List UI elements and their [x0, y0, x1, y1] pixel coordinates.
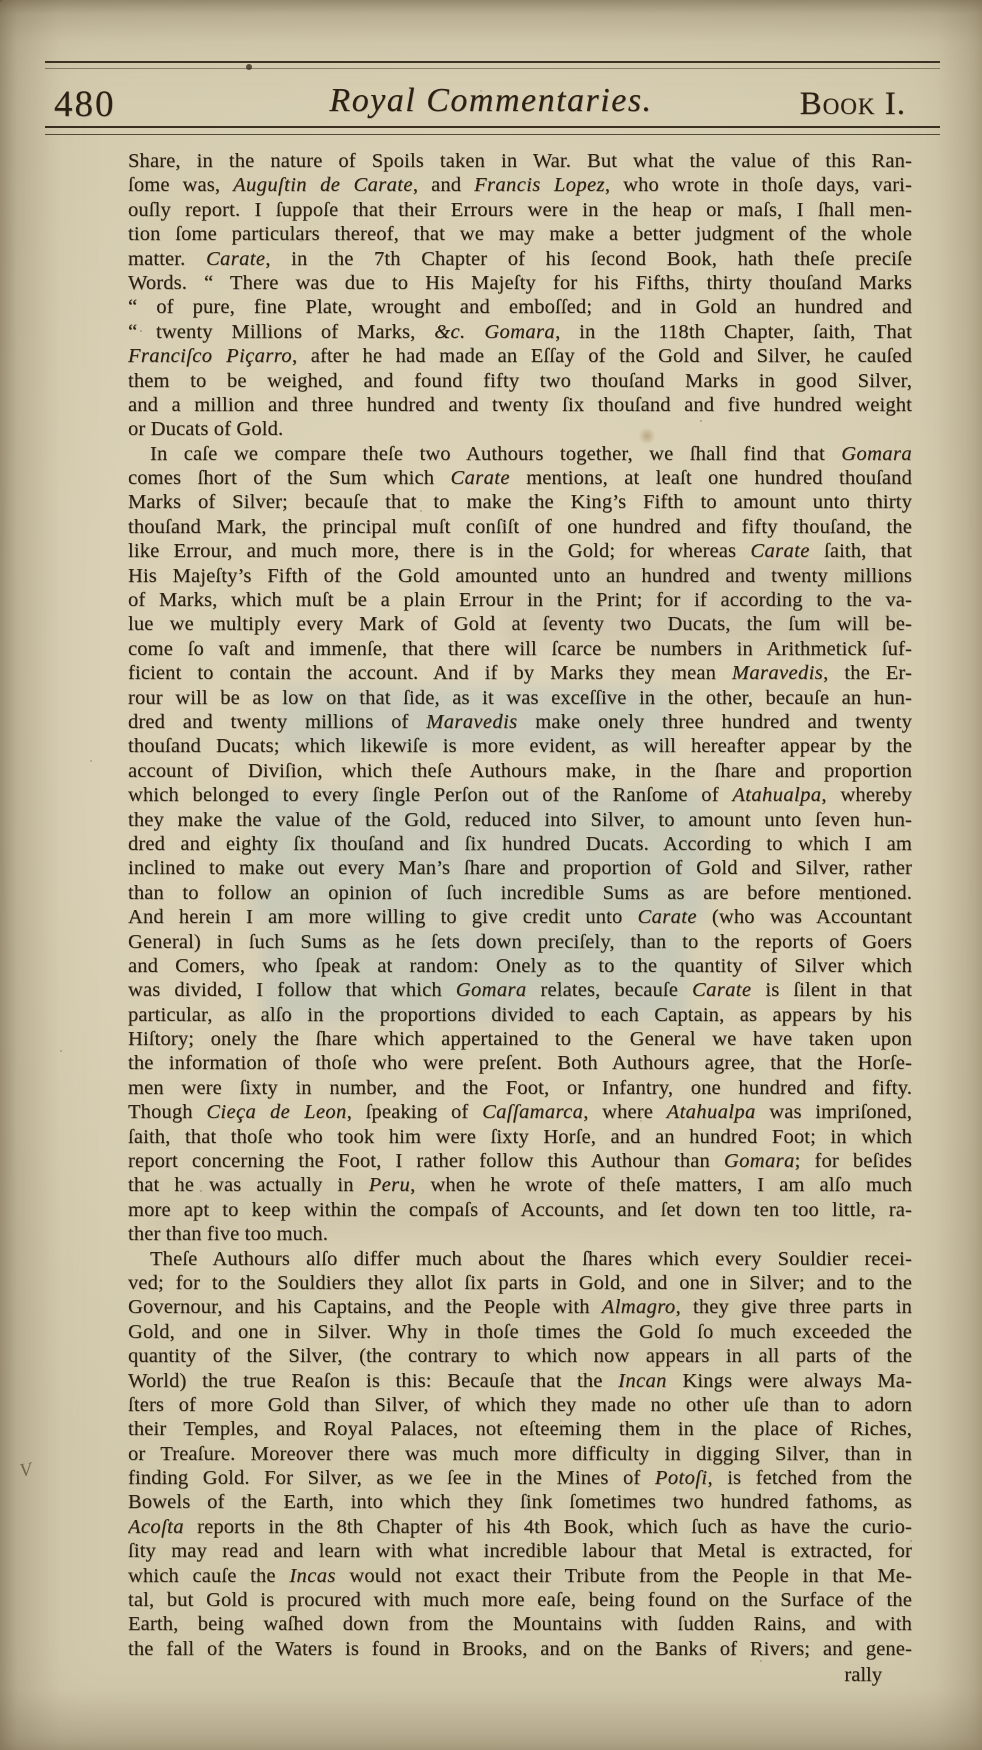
text-line: Words. “ There was due to His Majeſty fo…: [128, 271, 912, 295]
text-line: or Treaſure. Moreover there was much mor…: [128, 1442, 912, 1466]
text-line: the information of thoſe who were preſen…: [128, 1051, 912, 1075]
text-line: Franciſco Piçarro, after he had made an …: [128, 344, 912, 368]
text-line: In caſe we compare theſe two Authours to…: [128, 442, 912, 466]
text-line: dred and eighty ſix thouſand and ſix hun…: [128, 832, 912, 856]
text-line: rour will be as low on that ſide, as it …: [128, 686, 912, 710]
text-line: than to follow an opinion of ſuch incred…: [128, 881, 912, 905]
text-line: their Temples, and Royal Palaces, not eſ…: [128, 1417, 912, 1441]
text-line: Marks of Silver; becauſe that to make th…: [128, 490, 912, 514]
text-line: or Ducats of Gold.: [128, 417, 912, 441]
text-line: ved; for to the Souldiers they allot ſix…: [128, 1271, 912, 1295]
text-line: ther than five too much.: [128, 1222, 912, 1246]
header-rule-top: [45, 61, 940, 69]
text-line: ſome was, Auguſtin de Carate, and Franci…: [128, 173, 912, 197]
text-line: of Marks, which muſt be a plain Errour i…: [128, 588, 912, 612]
text-line: that he was actually in Peru, when he wr…: [128, 1173, 912, 1197]
text-line: particular, as alſo in the proportions d…: [128, 1003, 912, 1027]
text-line: inclined to make out every Man’s ſhare a…: [128, 856, 912, 880]
text-line: tion ſome particulars thereof, that we m…: [128, 222, 912, 246]
text-line: dred and twenty millions of Maravedis ma…: [128, 710, 912, 734]
text-line: tal, but Gold is procured with much more…: [128, 1588, 912, 1612]
text-line: more apt to keep within the compaſs of A…: [128, 1198, 912, 1222]
text-line: thouſand Ducats; which likewiſe is more …: [128, 734, 912, 758]
text-line: quantity of the Silver, (the contrary to…: [128, 1344, 912, 1368]
catchword: rally: [844, 1664, 882, 1687]
text-line: And herein I am more willing to give cre…: [128, 905, 912, 929]
text-line: “ of pure, fine Plate, wrought and emboſ…: [128, 295, 912, 319]
text-line: ſaith, that thoſe who took him were ſixt…: [128, 1125, 912, 1149]
text-line: thouſand Mark, the principal muſt conſiſ…: [128, 515, 912, 539]
text-line: they make the value of the Gold, reduced…: [128, 808, 912, 832]
text-line: Theſe Authours alſo differ much about th…: [128, 1247, 912, 1271]
text-line: come ſo vaſt and immenſe, that there wil…: [128, 637, 912, 661]
text-line: finding Gold. For Silver, as we ſee in t…: [128, 1466, 912, 1490]
text-line: Share, in the nature of Spoils taken in …: [128, 149, 912, 173]
text-line: which belonged to every ſingle Perſon ou…: [128, 783, 912, 807]
text-line: lue we multiply every Mark of Gold at ſe…: [128, 612, 912, 636]
text-line: like Errour, and much more, there is in …: [128, 539, 912, 563]
text-line: was divided, I follow that which Gomara …: [128, 978, 912, 1002]
text-block: Share, in the nature of Spoils taken in …: [128, 149, 912, 1661]
text-line: General) in ſuch Sums as he ſets down pr…: [128, 930, 912, 954]
text-line: His Majeſty’s Fifth of the Gold amounted…: [128, 564, 912, 588]
book-page: 480 Royal Commentaries. Book I. Share, i…: [0, 0, 982, 1750]
text-line: ſity may read and learn with what incred…: [128, 1539, 912, 1563]
header-rule-bottom: [45, 126, 940, 135]
text-line: “ twenty Millions of Marks, &c. Gomara, …: [128, 320, 912, 344]
text-line: Earth, being waſhed down from the Mounta…: [128, 1612, 912, 1636]
text-line: Hiſtory; onely the ſhare which appertain…: [128, 1027, 912, 1051]
text-line: Though Cieça de Leon, ſpeaking of Caſſam…: [128, 1100, 912, 1124]
text-line: ouſly report. I ſuppoſe that their Errou…: [128, 198, 912, 222]
text-line: men were ſixty in number, and the Foot, …: [128, 1076, 912, 1100]
text-line: ſters of more Gold than Silver, of which…: [128, 1393, 912, 1417]
paper-specks: [0, 0, 2, 2]
text-line: Governour, and his Captains, and the Peo…: [128, 1295, 912, 1319]
pen-mark: V: [18, 1459, 33, 1483]
text-line: and a million and three hundred and twen…: [128, 393, 912, 417]
text-line: Bowels of the Earth, into which they ſin…: [128, 1490, 912, 1514]
text-line: the fall of the Waters is found in Brook…: [128, 1637, 912, 1661]
text-line: comes ſhort of the Sum which Carate ment…: [128, 466, 912, 490]
text-line: World) the true Reaſon is this: Becauſe …: [128, 1369, 912, 1393]
text-line: matter. Carate, in the 7th Chapter of hi…: [128, 247, 912, 271]
text-line: Acoſta reports in the 8th Chapter of his…: [128, 1515, 912, 1539]
text-line: and Comers, who ſpeak at random: Onely a…: [128, 954, 912, 978]
text-line: account of Diviſion, which theſe Authour…: [128, 759, 912, 783]
book-label: Book I.: [800, 85, 906, 123]
text-line: which cauſe the Incas would not exact th…: [128, 1564, 912, 1588]
text-line: ficient to contain the account. And if b…: [128, 661, 912, 685]
text-line: Gold, and one in Silver. Why in thoſe ti…: [128, 1320, 912, 1344]
text-line: them to be weighed, and found fifty two …: [128, 369, 912, 393]
text-line: report concerning the Foot, I rather fol…: [128, 1149, 912, 1173]
